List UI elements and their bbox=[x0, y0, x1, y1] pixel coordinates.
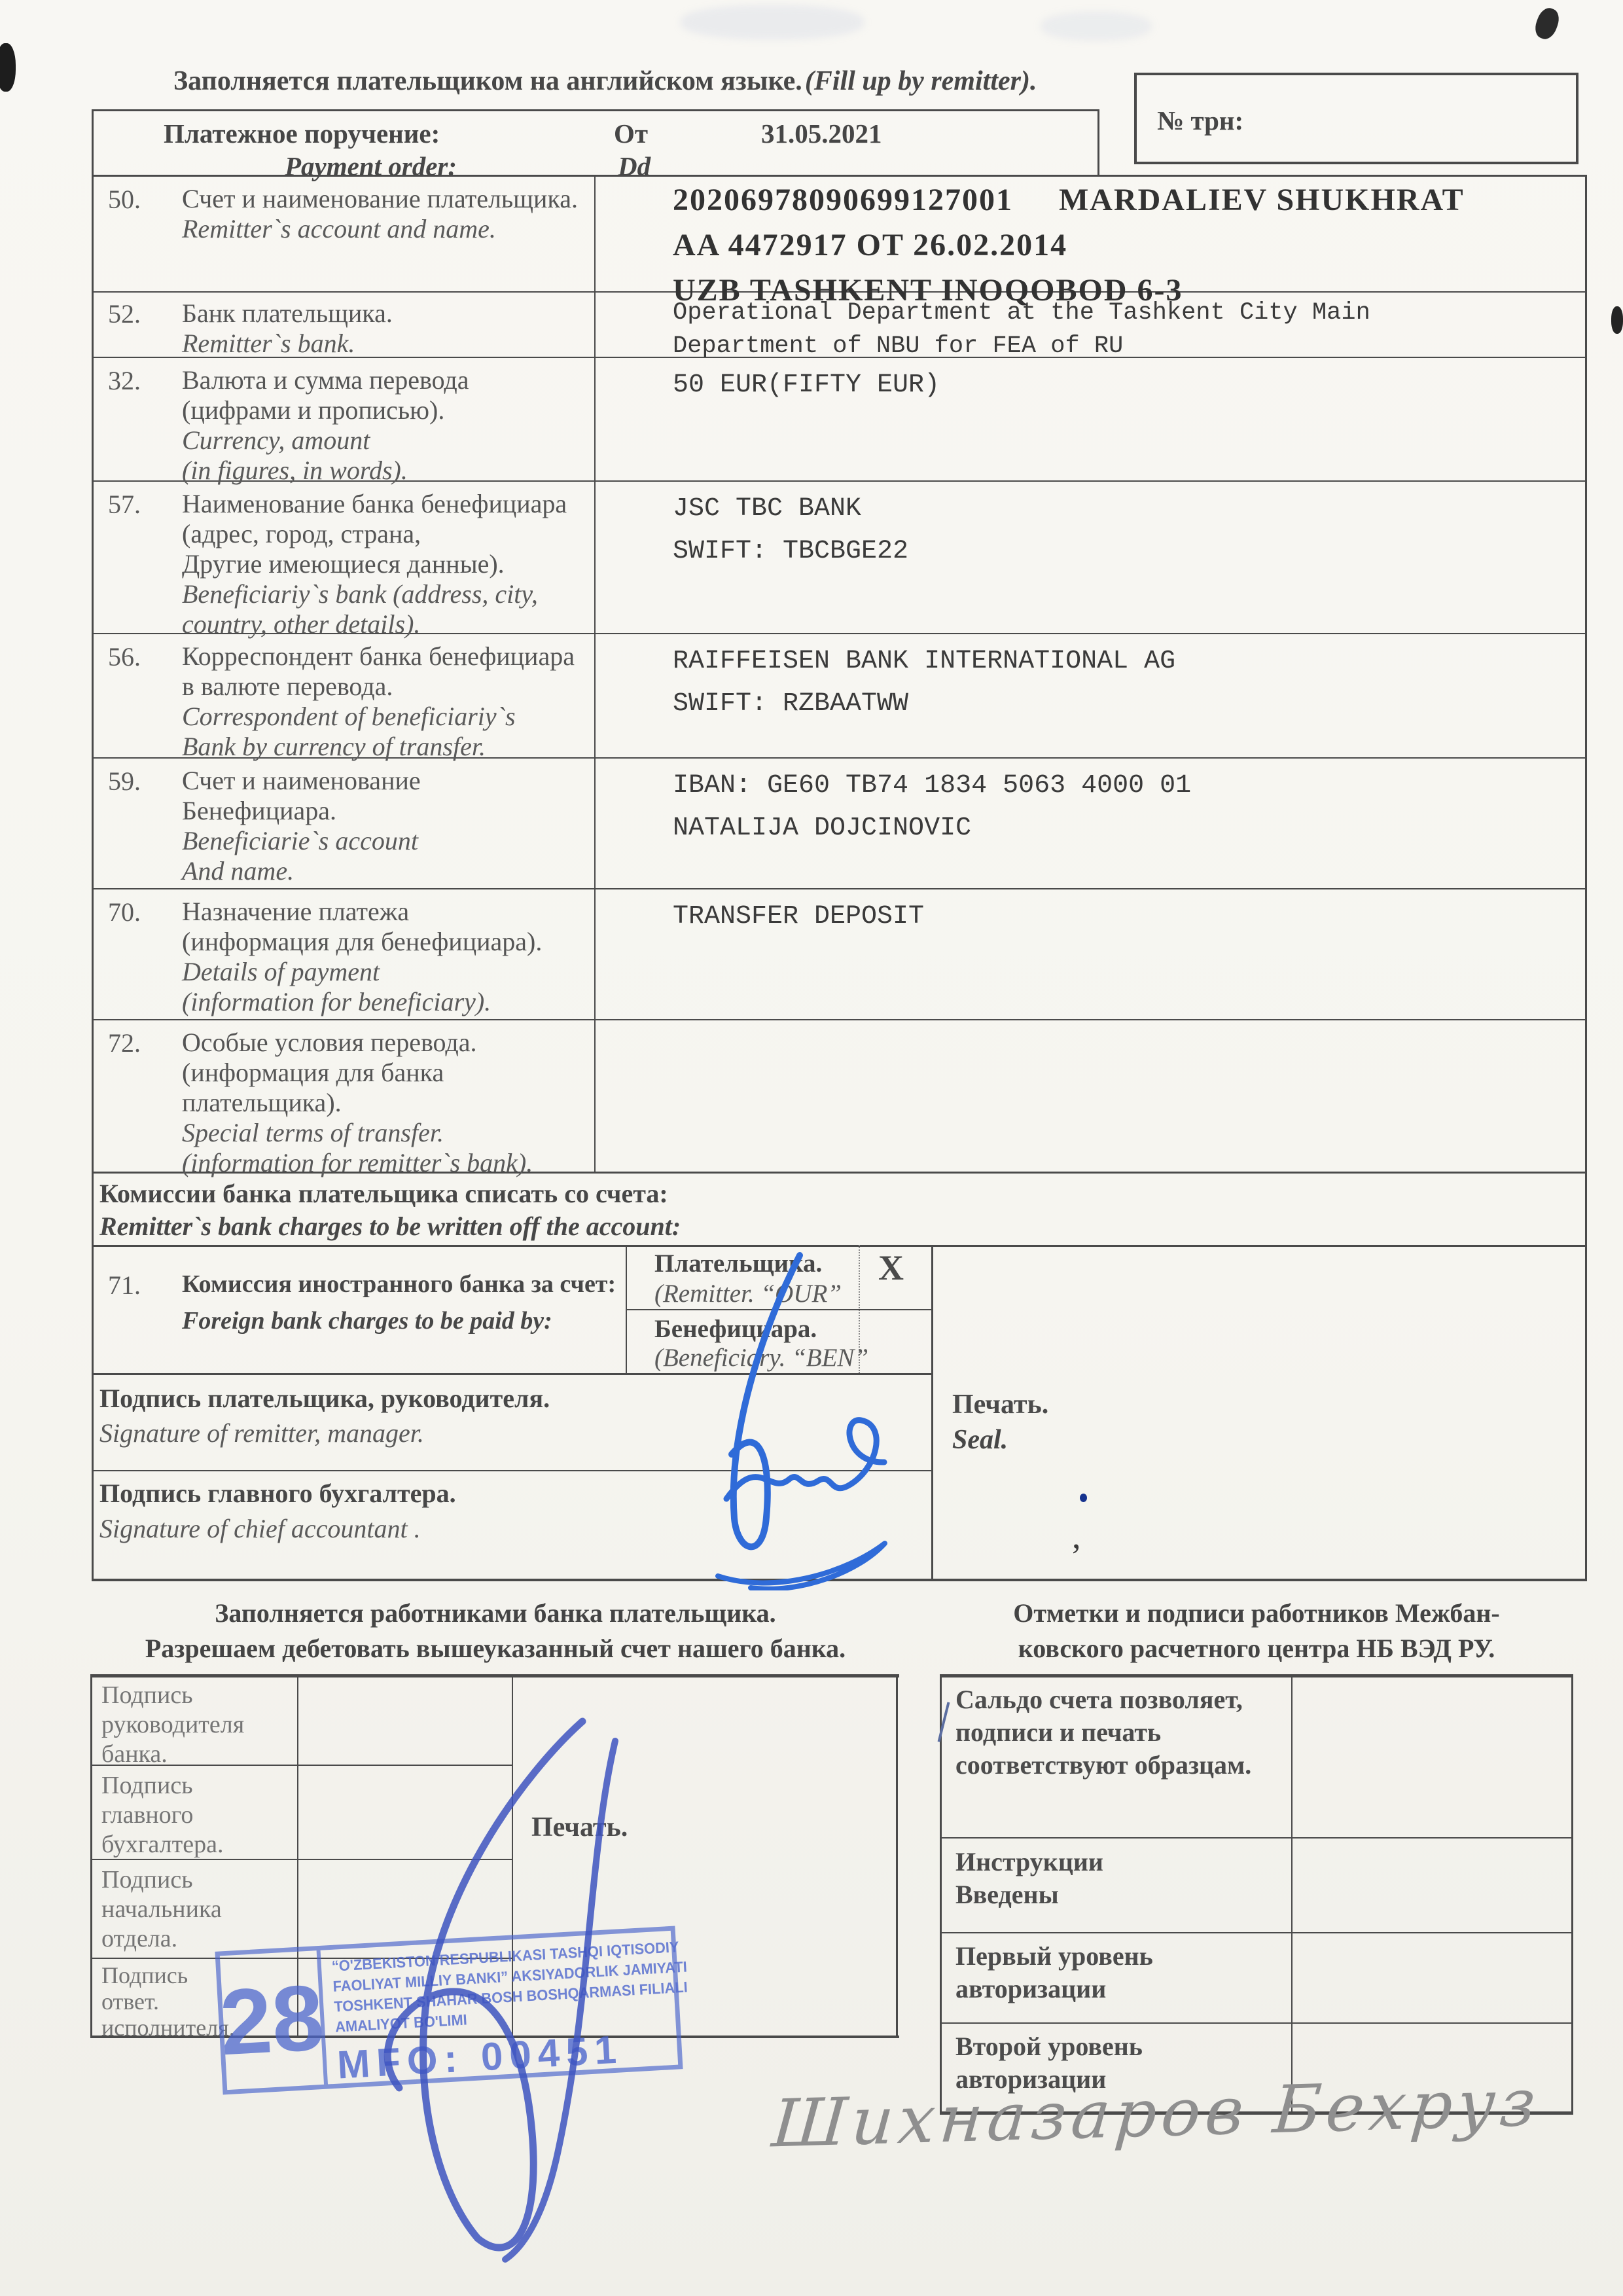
row-number: 56. bbox=[108, 641, 141, 672]
row-number: 59. bbox=[108, 766, 141, 797]
sign-remitter-ru: Подпись плательщика, руководителя. bbox=[99, 1383, 550, 1414]
row-57-label: Наименование банка бенефициара (адрес, г… bbox=[182, 489, 567, 639]
row-32-label: Валюта и сумма перевода (цифрами и пропи… bbox=[182, 365, 469, 486]
pen-flourish bbox=[308, 1695, 726, 2271]
row-59-value: IBAN: GE60 TB74 1834 5063 4000 01 NATALI… bbox=[673, 764, 1191, 850]
sign-accountant-ru: Подпись главного бухгалтера. bbox=[99, 1478, 456, 1509]
commission-label-ru: Комиссия иностранного банка за счет: bbox=[182, 1270, 616, 1299]
row-70-value: TRANSFER DEPOSIT bbox=[673, 895, 924, 938]
pen-comma: , bbox=[1072, 1516, 1081, 1556]
bank-sign-row-dept-head: Подпись начальника отдела. bbox=[101, 1865, 222, 1954]
header-date-label-en: Dd bbox=[618, 151, 651, 182]
row-59-label: Счет и наименование Бенефициара. Benefic… bbox=[182, 766, 421, 886]
row-57-value: JSC TBC BANK SWIFT: TBCBGE22 bbox=[673, 488, 908, 573]
header-date-label-ru: От bbox=[614, 118, 648, 149]
row-50-value: 20206978090699127001 MARDALIEV SHUKHRAT … bbox=[673, 182, 1465, 308]
header-title-ru: Платежное поручение: bbox=[164, 118, 440, 149]
clearing-row-first-level: Первый уровень авторизации bbox=[955, 1940, 1153, 2005]
row-number: 57. bbox=[108, 489, 141, 520]
row-number: 32. bbox=[108, 365, 141, 396]
bank-sign-row-accountant: Подпись главного бухгалтера. bbox=[101, 1771, 223, 1859]
header-title-en: Payment order: bbox=[285, 151, 457, 182]
row-72-label: Особые условия перевода. (информация для… bbox=[182, 1028, 533, 1178]
row-32-value: 50 EUR(FIFTY EUR) bbox=[673, 364, 940, 406]
row-70-label: Назначение платежа (информация для бенеф… bbox=[182, 897, 542, 1017]
scan-smudge bbox=[0, 43, 16, 92]
scan-smudge bbox=[681, 5, 864, 39]
row-52-value: Operational Department at the Tashkent C… bbox=[673, 296, 1370, 363]
clearing-row-balance: Сальдо счета позволяет, подписи и печать… bbox=[955, 1683, 1251, 1782]
charges-note-en: Remitter`s bank charges to be written of… bbox=[99, 1211, 681, 1242]
bank-sign-row-executor: Подпись ответ. исполнителя. bbox=[101, 1962, 235, 2041]
scan-smudge bbox=[1532, 5, 1562, 42]
scan-smudge bbox=[1611, 306, 1623, 334]
row-number: 72. bbox=[108, 1028, 141, 1058]
clearing-row-instructions: Инструкции Введены bbox=[955, 1846, 1103, 1911]
charges-note-ru: Комиссии банка плательщика списать со сч… bbox=[99, 1178, 668, 1209]
pre-header-ru: Заполняется плательщиком на английском я… bbox=[173, 66, 802, 96]
row-number: 70. bbox=[108, 897, 141, 927]
row-56-label: Корреспондент банка бенефициара в валюте… bbox=[182, 641, 575, 762]
header-date-value: 31.05.2021 bbox=[761, 118, 882, 149]
bank-section-header: Заполняется работниками банка плательщик… bbox=[92, 1596, 899, 1666]
pre-header: Заполняется плательщиком на английском я… bbox=[173, 65, 1037, 97]
row-number: 52. bbox=[108, 298, 141, 329]
remitter-signature bbox=[628, 1237, 969, 1590]
trn-number-label: № трн: bbox=[1157, 105, 1243, 136]
commission-label-en: Foreign bank charges to be paid by: bbox=[182, 1306, 552, 1335]
row-number: 50. bbox=[108, 184, 141, 215]
scan-smudge bbox=[1041, 12, 1152, 41]
sign-remitter-en: Signature of remitter, manager. bbox=[99, 1418, 424, 1448]
row-52-label: Банк плательщика. Remitter`s bank. bbox=[182, 298, 393, 359]
payment-order-scan: Заполняется плательщиком на английском я… bbox=[0, 0, 1623, 2296]
handwritten-name: Шихназаров Бехруз bbox=[770, 2064, 1543, 2162]
row-56-value: RAIFFEISEN BANK INTERNATIONAL AG SWIFT: … bbox=[673, 640, 1175, 725]
row-number: 71. bbox=[108, 1270, 141, 1300]
row-50-label: Счет и наименование плательщика. Remitte… bbox=[182, 184, 578, 244]
pen-dot bbox=[1080, 1494, 1087, 1502]
bank-sign-row-manager: Подпись руководителя банка. bbox=[101, 1681, 244, 1769]
clearing-section-header: Отметки и подписи работников Межбан- ков… bbox=[929, 1596, 1584, 1666]
pre-header-en: (Fill up by remitter). bbox=[805, 66, 1037, 96]
sign-accountant-en: Signature of chief accountant . bbox=[99, 1513, 421, 1544]
